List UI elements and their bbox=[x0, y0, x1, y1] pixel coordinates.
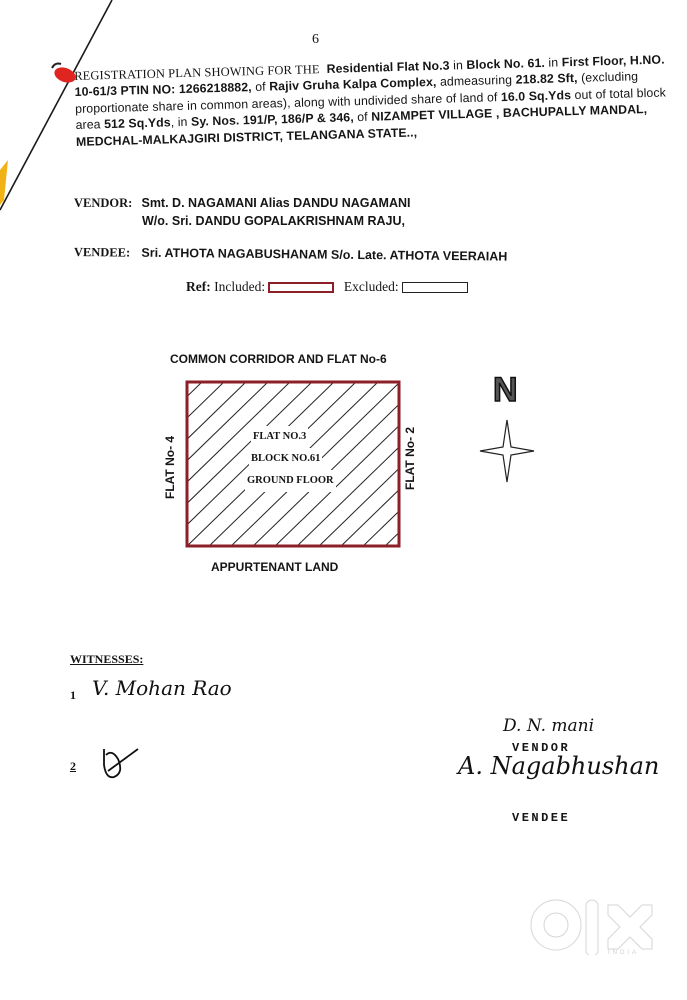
witness-2-number: 2 bbox=[70, 759, 76, 774]
plan-south-boundary: APPURTENANT LAND bbox=[211, 560, 338, 574]
vendee-name: Sri. ATHOTA NAGABUSHANAM S/o. Late. ATHO… bbox=[141, 246, 507, 264]
witnesses-heading: WITNESSES: bbox=[70, 652, 143, 667]
vendor-relation: W/o. Sri. DANDU GOPALAKRISHNAM RAJU, bbox=[74, 212, 410, 230]
compass-star-icon bbox=[478, 418, 536, 484]
plan-flat-number: FLAT NO.3 bbox=[251, 426, 308, 448]
excluded-swatch bbox=[402, 282, 468, 293]
page-number: 6 bbox=[312, 32, 319, 48]
included-swatch bbox=[268, 282, 334, 293]
north-label: N bbox=[493, 373, 518, 407]
vendee-details: VENDEE: Sri. ATHOTA NAGABUSHANAM S/o. La… bbox=[74, 245, 508, 265]
vendee-label: VENDEE: bbox=[74, 245, 138, 261]
witness-2-signature bbox=[98, 745, 144, 781]
vendee-sign-label: VENDEE bbox=[512, 811, 570, 825]
registration-description: REGISTRATION PLAN SHOWING FOR THE Reside… bbox=[74, 51, 686, 150]
vendee-signature: A. Nagabhushan bbox=[458, 752, 659, 780]
plan-north-boundary: COMMON CORRIDOR AND FLAT No-6 bbox=[170, 352, 387, 366]
plan-flat-labels: FLAT NO.3 BLOCK NO.61 GROUND FLOOR bbox=[245, 426, 336, 492]
plan-east-boundary: FLAT No- 2 bbox=[403, 410, 417, 490]
witness-1-number: 1 bbox=[70, 688, 76, 703]
ref-legend: Ref: Included: Excluded: bbox=[186, 279, 471, 295]
olx-watermark-region: INDIA bbox=[608, 950, 639, 956]
vendor-details: VENDOR: Smt. D. NAGAMANI Alias DANDU NAG… bbox=[74, 194, 410, 230]
plan-west-boundary: FLAT No- 4 bbox=[163, 419, 177, 499]
vendor-label: VENDOR: bbox=[74, 194, 138, 212]
vendor-name: Smt. D. NAGAMANI Alias DANDU NAGAMANI bbox=[141, 196, 410, 210]
olx-watermark-logo bbox=[528, 895, 658, 955]
plan-block-number: BLOCK NO.61 bbox=[249, 448, 322, 470]
plan-floor: GROUND FLOOR bbox=[245, 470, 336, 492]
vendor-signature: D. N. mani bbox=[503, 716, 594, 736]
witness-1-signature: V. Mohan Rao bbox=[92, 676, 232, 700]
